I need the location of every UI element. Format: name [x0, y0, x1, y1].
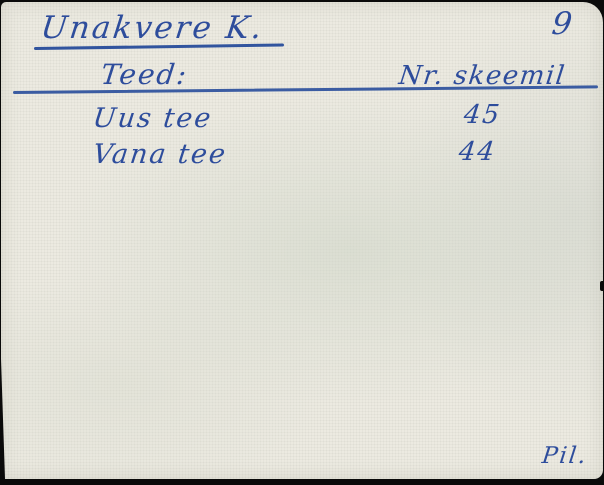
road-row-name: Vana tee [91, 141, 228, 168]
index-card: Unakvere K. 9 Teed: Nr. skeemil Uus tee … [1, 2, 603, 479]
column-header-roads: Teed: [99, 61, 189, 89]
road-row-number: 45 [462, 102, 502, 128]
card-title: Unakvere K. [39, 13, 266, 44]
road-row-number: 44 [457, 139, 497, 165]
card-edge-notch [600, 281, 604, 291]
road-row-name: Uus tee [91, 105, 214, 132]
signature-initials: Pil. [541, 445, 589, 468]
scan-frame: Unakvere K. 9 Teed: Nr. skeemil Uus tee … [0, 0, 604, 485]
page-number: 9 [550, 9, 576, 40]
